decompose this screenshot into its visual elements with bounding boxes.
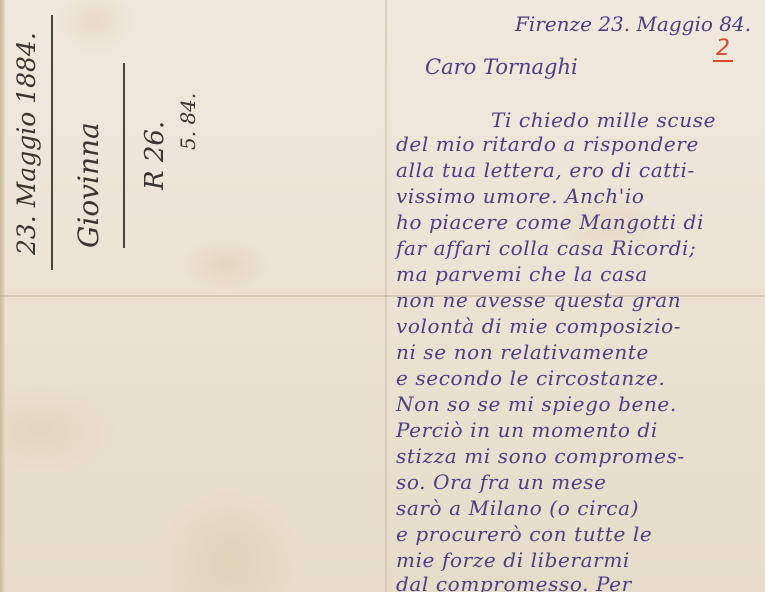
letter-line: dal compromesso. Per bbox=[396, 572, 632, 592]
letter-line: ma parvemi che la casa bbox=[396, 262, 648, 286]
archive-date-annotation: 23. Maggio 1884. bbox=[12, 32, 41, 255]
letter-line: e secondo le circostanze. bbox=[396, 366, 665, 390]
page-number: 2 bbox=[713, 38, 733, 62]
letter-line: sarò a Milano (o circa) bbox=[396, 496, 639, 520]
letter-line: alla tua lettera, ero di catti- bbox=[396, 158, 695, 182]
letter-line: del mio ritardo a rispondere bbox=[396, 132, 699, 156]
annotation-divider bbox=[51, 15, 53, 270]
letter-line: e procurerò con tutte le bbox=[396, 522, 652, 546]
archive-reply-annotation: R 26. bbox=[140, 121, 170, 190]
place-date: Firenze 23. Maggio 84. bbox=[515, 12, 751, 36]
letter-line: stizza mi sono compromes- bbox=[396, 444, 685, 468]
salutation: Caro Tornaghi bbox=[425, 55, 578, 79]
letter-line: far affari colla casa Ricordi; bbox=[396, 236, 696, 260]
right-page-letter: Firenze 23. Maggio 84. 2 Caro Tornaghi T… bbox=[388, 0, 765, 592]
letter-line: vissimo umore. Anch'io bbox=[396, 184, 645, 208]
letter-line: volontà di mie composizio- bbox=[396, 314, 681, 338]
letter-line: Perciò in un momento di bbox=[396, 418, 658, 442]
archive-reply-date-annotation: 5. 84. bbox=[176, 93, 200, 150]
letter-line: ho piacere come Mangotti di bbox=[396, 210, 704, 234]
letter-line: Ti chiedo mille scuse bbox=[491, 108, 716, 132]
letter-line: ni se non relativamente bbox=[396, 340, 649, 364]
archive-sender-annotation: Giovinna bbox=[72, 122, 105, 248]
letter-line: mie forze di liberarmi bbox=[396, 548, 630, 572]
letter-line: non ne avesse questa gran bbox=[396, 288, 681, 312]
letter-line: Non so se mi spiego bene. bbox=[396, 392, 677, 416]
annotation-divider bbox=[123, 63, 125, 248]
letter-line: so. Ora fra un mese bbox=[396, 470, 607, 494]
